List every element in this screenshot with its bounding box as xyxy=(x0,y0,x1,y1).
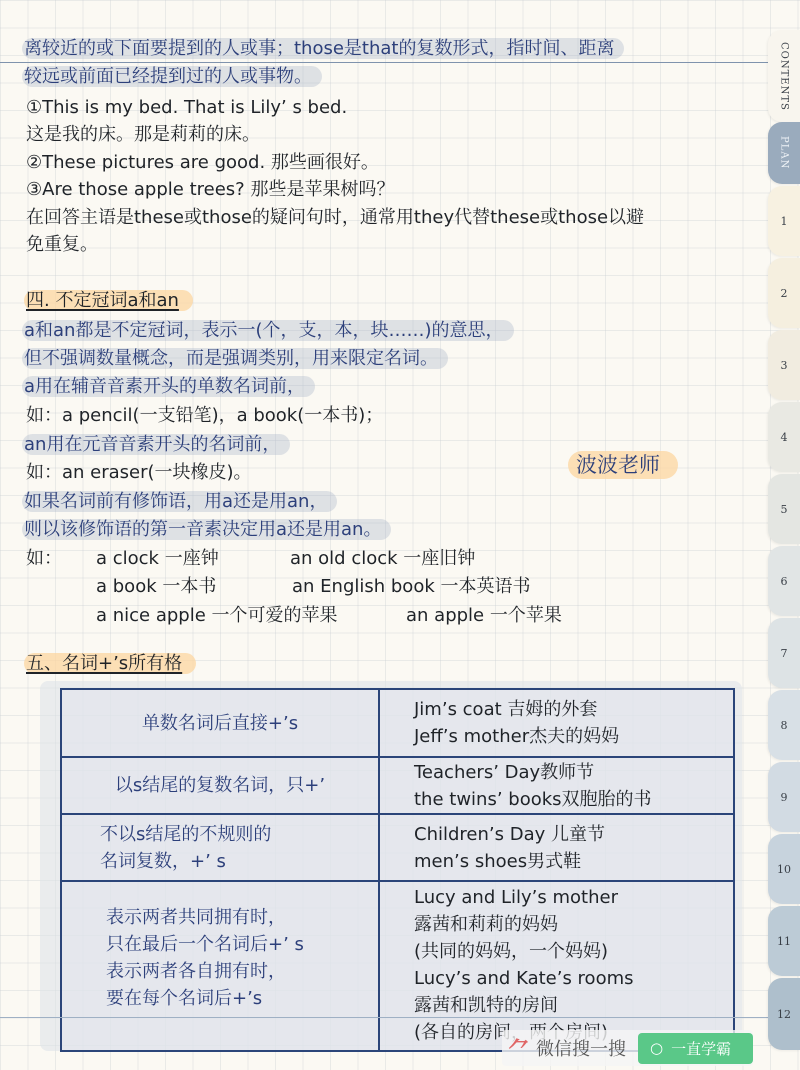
intro-line-1: 离较近的或下面要提到的人或事；those是that的复数形式，指时间、距离 xyxy=(26,36,624,62)
note-line-1: 在回答主语是these或those的疑问句时，通常用they代替these或th… xyxy=(26,205,644,231)
example-1-en: ①This is my bed. That is Lily’ s bed. xyxy=(26,95,347,121)
note-line-2: 免重复。 xyxy=(26,232,98,258)
tab-4[interactable]: 4 xyxy=(768,402,800,472)
rule-cell: 以s结尾的复数名词，只+’ xyxy=(61,757,379,814)
tab-8[interactable]: 8 xyxy=(768,690,800,760)
section-4-line-7: 如果名词前有修饰语，用a还是用an， xyxy=(26,489,337,515)
section-4-line-2: 但不强调数量概念，而是强调类别，用来限定名词。 xyxy=(26,346,448,372)
divider-line xyxy=(0,62,768,63)
tab-plan[interactable]: PLAN xyxy=(768,122,800,184)
watermark-text: 微信搜一搜 xyxy=(536,1035,626,1061)
section-4-heading: 四. 不定冠词a和an xyxy=(26,288,193,314)
wechat-search-watermark[interactable]: ⺈ 微信搜一搜 ○ 一直学霸 xyxy=(502,1030,753,1066)
example-3: ③Are those apple trees? 那些是苹果树吗？ xyxy=(26,177,394,203)
tab-2[interactable]: 2 xyxy=(768,258,800,328)
tab-contents[interactable]: CONTENTS xyxy=(768,30,800,122)
section-4-line-8: 则以该修饰语的第一音素决定用a还是用an。 xyxy=(26,517,391,543)
tab-3[interactable]: 3 xyxy=(768,330,800,400)
search-button-label: 一直学霸 xyxy=(671,1038,731,1059)
example-cell: Lucy and Lily’s mother 露茜和莉莉的妈妈 (共同的妈妈，一… xyxy=(379,881,734,1051)
table-row: 表示两者共同拥有时， 只在最后一个名词后+’ s 表示两者各自拥有时， 要在每个… xyxy=(61,881,734,1051)
section-tabs: CONTENTS PLAN 1 2 3 4 5 6 7 8 9 10 11 12 xyxy=(768,30,800,1050)
tab-10[interactable]: 10 xyxy=(768,834,800,904)
example-cell: Children’s Day 儿童节 men’s shoes男式鞋 xyxy=(379,814,734,881)
search-button[interactable]: ○ 一直学霸 xyxy=(638,1033,753,1064)
section-4-line-3: a用在辅音音素开头的单数名词前， xyxy=(26,374,315,400)
tab-6[interactable]: 6 xyxy=(768,546,800,616)
section-4-line-5: an用在元音音素开头的名词前， xyxy=(26,432,290,458)
tab-12[interactable]: 12 xyxy=(768,978,800,1050)
example-1-cn: 这是我的床。那是莉莉的床。 xyxy=(26,122,260,148)
example-a-3: a nice apple 一个可爱的苹果 xyxy=(96,603,338,629)
example-cell: Jim’s coat 吉姆的外套 Jeff’s mother杰夫的妈妈 xyxy=(379,689,734,757)
example-a-1: a clock 一座钟 xyxy=(96,546,219,572)
notebook-page: 离较近的或下面要提到的人或事；those是that的复数形式，指时间、距离 较远… xyxy=(0,0,768,1070)
example-an-2: an English book 一本英语书 xyxy=(292,574,530,600)
rule-cell: 不以s结尾的不规则的 名词复数，+’ s xyxy=(61,814,379,881)
section-4-line-4: 如：a pencil(一支铅笔)，a book(一本书)； xyxy=(26,403,383,429)
section-4-line-1: a和an都是不定冠词，表示一(个，支，本，块……)的意思， xyxy=(26,318,514,344)
tab-1[interactable]: 1 xyxy=(768,186,800,256)
example-2: ②These pictures are good. 那些画很好。 xyxy=(26,150,379,176)
table-row: 以s结尾的复数名词，只+’ Teachers’ Day教师节 the twins… xyxy=(61,757,734,814)
rule-cell: 单数名词后直接+’s xyxy=(61,689,379,757)
teacher-tag: 波波老师 xyxy=(568,451,678,479)
divider-line xyxy=(0,1017,768,1018)
example-an-3: an apple 一个苹果 xyxy=(406,603,562,629)
section-4-line-6: 如：an eraser(一块橡皮)。 xyxy=(26,460,252,486)
tab-5[interactable]: 5 xyxy=(768,474,800,544)
example-cell: Teachers’ Day教师节 the twins’ books双胞胎的书 xyxy=(379,757,734,814)
tab-9[interactable]: 9 xyxy=(768,762,800,832)
tab-11[interactable]: 11 xyxy=(768,906,800,976)
example-an-1: an old clock 一座旧钟 xyxy=(290,546,475,572)
tab-7[interactable]: 7 xyxy=(768,618,800,688)
possessive-table: 单数名词后直接+’s Jim’s coat 吉姆的外套 Jeff’s mothe… xyxy=(60,688,735,1052)
examples-prefix: 如： xyxy=(26,546,62,572)
rule-cell: 表示两者共同拥有时， 只在最后一个名词后+’ s 表示两者各自拥有时， 要在每个… xyxy=(61,881,379,1051)
table-row: 不以s结尾的不规则的 名词复数，+’ s Children’s Day 儿童节 … xyxy=(61,814,734,881)
wechat-search-logo-icon: ⺈ xyxy=(502,1033,536,1064)
search-icon: ○ xyxy=(650,1039,663,1057)
table-row: 单数名词后直接+’s Jim’s coat 吉姆的外套 Jeff’s mothe… xyxy=(61,689,734,757)
section-5-heading: 五、名词+’s所有格 xyxy=(26,651,196,677)
example-a-2: a book 一本书 xyxy=(96,574,216,600)
intro-line-2: 较远或前面已经提到过的人或事物。 xyxy=(26,64,322,90)
